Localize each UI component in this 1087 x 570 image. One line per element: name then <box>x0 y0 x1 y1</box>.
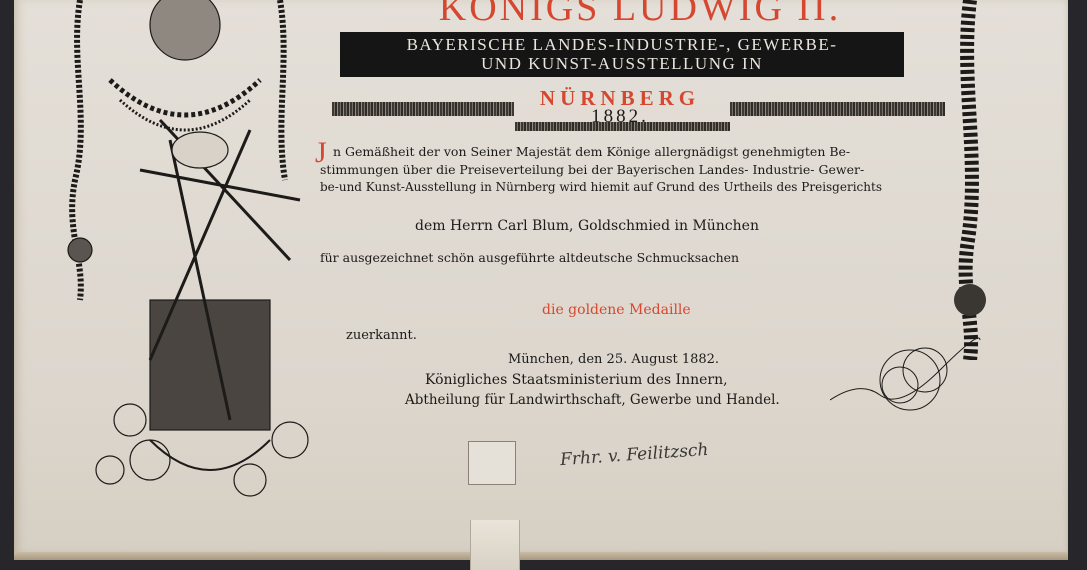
title-konig-ludwig: KONIGS LUDWIG II. <box>390 0 890 30</box>
frieze-right <box>730 102 945 116</box>
paragraph-line-1: n Gemäßheit der von Seiner Majestät dem … <box>333 144 850 159</box>
awarded-text: zuerkannt. <box>346 328 417 343</box>
frieze-left <box>332 102 514 116</box>
exhibition-title-line-2: UND KUNST-AUSSTELLUNG IN <box>340 54 904 73</box>
place-date: München, den 25. August 1882. <box>508 352 719 367</box>
award-reason: für ausgezeichnet schön ausgeführte altd… <box>320 250 739 265</box>
paragraph-line-2: stimmungen über die Preiseverteilung bei… <box>320 162 864 177</box>
calligraphic-flourish-icon <box>830 300 990 440</box>
paper-bottom-edge <box>14 552 1068 560</box>
recipient: dem Herrn Carl Blum, Goldschmied in Münc… <box>415 218 759 234</box>
department: Abtheilung für Landwirthschaft, Gewerbe … <box>405 392 780 408</box>
exhibition-title-band: BAYERISCHE LANDES-INDUSTRIE-, GEWERBE- U… <box>340 32 904 77</box>
paper-stamp-patch <box>468 441 516 485</box>
paragraph-line-3: be-und Kunst-Ausstellung in Nürnberg wir… <box>320 180 882 194</box>
paper-tape-strip <box>470 520 520 570</box>
award-name: die goldene Medaille <box>542 302 691 318</box>
exhibition-title-line-1: BAYERISCHE LANDES-INDUSTRIE-, GEWERBE- <box>340 35 904 54</box>
engraving-left-ornament-icon <box>50 0 310 530</box>
ministry: Königliches Staatsministerium des Innern… <box>425 372 728 388</box>
year: 1882. <box>490 106 750 128</box>
